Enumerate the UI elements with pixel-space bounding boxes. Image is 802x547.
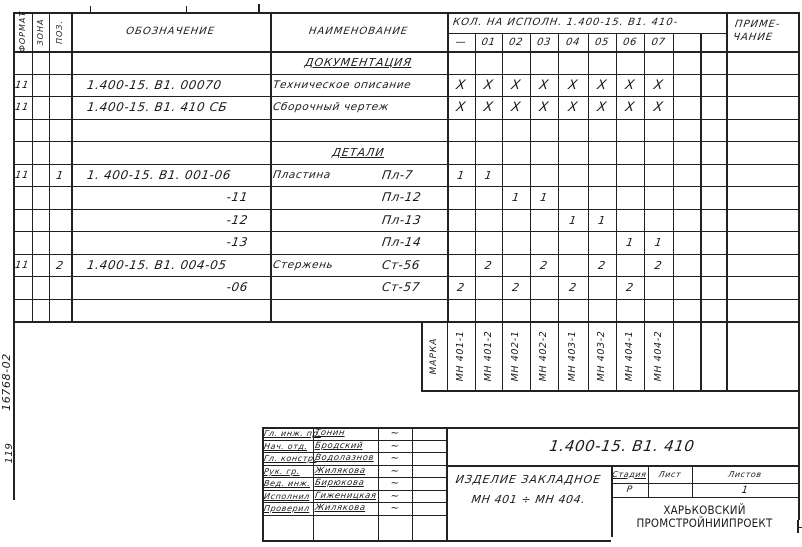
count-cell — [671, 231, 701, 254]
name-cell — [268, 209, 381, 232]
count-cell — [528, 141, 559, 164]
count-cell — [642, 119, 674, 142]
archive-sheet-number: 119 — [3, 441, 17, 465]
count-header: Кол. на исполн. 1.400-15. В1. 410- — [446, 12, 728, 33]
signature-name: Бирюкова — [312, 477, 379, 490]
designation-cell: -13 — [69, 231, 271, 254]
count-cell — [642, 186, 674, 209]
count-cell — [556, 51, 589, 74]
marka-bottom — [421, 390, 447, 392]
count-cell: 2 — [473, 254, 503, 277]
designation-header: Обозначение — [68, 12, 272, 51]
pos-cell: 2 — [47, 254, 72, 277]
signature-name: Бродский — [312, 440, 379, 453]
marka-label: Марка — [427, 326, 441, 386]
signature-mark: ~ — [377, 465, 413, 478]
mark-cell: Ст-56 — [376, 254, 448, 277]
name-header: Наименование — [267, 12, 449, 51]
sheet-value — [647, 483, 693, 497]
count-cell: 2 — [528, 254, 559, 277]
count-cell — [500, 254, 531, 277]
count-cell — [671, 209, 701, 232]
count-cell — [556, 186, 589, 209]
count-cell — [528, 209, 559, 232]
count-cell — [556, 231, 589, 254]
count-cell: X — [473, 74, 503, 97]
column-line — [644, 33, 645, 390]
column-line — [49, 12, 50, 321]
count-cell: X — [528, 74, 559, 97]
variant-header: 02 — [501, 33, 532, 51]
signature-role: Вед. инж. — [261, 477, 314, 490]
stage-label: Стадия — [610, 465, 650, 483]
signature-role: Исполнил — [261, 490, 314, 503]
variant-header: — — [446, 33, 477, 51]
marka-item: МН 401-1 — [454, 324, 468, 388]
count-cell — [698, 299, 727, 322]
column-line — [447, 12, 449, 321]
count-cell — [671, 299, 701, 322]
count-cell — [445, 119, 476, 142]
organization-name: ХАРЬКОВСКИЙПРОМСТРОЙНИИПРОЕКТ — [611, 504, 798, 530]
count-cell — [614, 51, 645, 74]
count-cell: X — [642, 74, 674, 97]
pos-cell — [47, 74, 72, 97]
section-heading: Документация — [268, 51, 448, 74]
mark-cell — [376, 96, 448, 119]
count-cell: X — [614, 96, 645, 119]
count-cell — [586, 119, 617, 142]
section-heading: Детали — [268, 141, 448, 164]
sheet-label: Лист — [647, 465, 694, 483]
marka-item: МН 403-1 — [566, 324, 580, 388]
count-cell — [445, 231, 476, 254]
count-cell — [500, 51, 531, 74]
count-cell — [614, 209, 645, 232]
count-cell — [473, 119, 503, 142]
count-cell — [586, 231, 617, 254]
count-cell — [445, 254, 476, 277]
designation-cell — [69, 51, 271, 74]
count-cell: X — [500, 96, 531, 119]
variant-header — [699, 33, 728, 51]
count-cell — [528, 231, 559, 254]
column-line — [588, 33, 589, 390]
count-cell — [500, 231, 531, 254]
variant-header — [672, 33, 702, 51]
count-cell: X — [445, 74, 476, 97]
variant-header: 04 — [557, 33, 590, 51]
marka-item: МН 403-2 — [595, 324, 609, 388]
variant-header: 05 — [587, 33, 618, 51]
count-cell — [698, 51, 727, 74]
name-cell — [268, 119, 381, 142]
title-line-2: МН 401 ÷ МН 404. — [445, 490, 613, 508]
count-cell — [614, 299, 645, 322]
mark-cell: Пл-14 — [376, 231, 448, 254]
count-cell — [556, 254, 589, 277]
count-cell: X — [556, 96, 589, 119]
count-cell — [671, 141, 701, 164]
signature-name: Жилякова — [312, 502, 379, 515]
mark-cell: Пл-7 — [376, 164, 448, 187]
mark-cell — [376, 119, 448, 142]
count-cell — [445, 141, 476, 164]
column-line — [616, 33, 617, 390]
count-cell: 2 — [642, 254, 674, 277]
name-cell — [268, 276, 381, 299]
count-cell: 1 — [586, 209, 617, 232]
count-cell — [671, 276, 701, 299]
count-cell — [473, 276, 503, 299]
signature-role: Проверил — [261, 502, 314, 515]
count-cell: X — [445, 96, 476, 119]
count-cell — [473, 186, 503, 209]
signature-name: Тонин — [312, 427, 379, 440]
zone-header: Зона — [34, 12, 48, 52]
organization-line-2: ПРОМСТРОЙНИИПРОЕКТ — [611, 517, 798, 530]
sheets-label: Листов — [691, 465, 800, 483]
designation-cell: 1.400-15. В1. 004-05 — [69, 254, 271, 277]
name-cell: Сборочный чертеж — [268, 96, 381, 119]
count-cell: X — [642, 96, 674, 119]
count-cell — [445, 209, 476, 232]
count-cell — [528, 164, 559, 187]
designation-cell: -12 — [69, 209, 271, 232]
signature-mark: ~ — [377, 452, 413, 465]
count-cell: 1 — [556, 209, 589, 232]
count-cell — [586, 141, 617, 164]
count-cell — [528, 51, 559, 74]
count-cell — [528, 299, 559, 322]
mark-cell — [376, 299, 448, 322]
count-cell — [473, 141, 503, 164]
signature-row-line — [262, 515, 446, 516]
count-cell — [586, 276, 617, 299]
count-cell: X — [614, 74, 645, 97]
count-cell — [556, 141, 589, 164]
count-cell — [445, 186, 476, 209]
count-cell — [671, 74, 701, 97]
column-line — [673, 33, 674, 390]
column-line — [726, 12, 728, 390]
count-cell — [671, 164, 701, 187]
count-cell — [642, 141, 674, 164]
count-cell — [698, 119, 727, 142]
name-cell — [268, 231, 381, 254]
marka-item: МН 402-2 — [537, 324, 551, 388]
count-cell — [528, 119, 559, 142]
count-cell — [614, 254, 645, 277]
count-cell — [698, 276, 727, 299]
count-cell — [500, 299, 531, 322]
count-cell — [642, 209, 674, 232]
count-cell: 2 — [586, 254, 617, 277]
frame-tick — [797, 527, 802, 528]
mark-cell: Пл-12 — [376, 186, 448, 209]
signature-role: Гл. констр. — [261, 452, 314, 465]
column-line — [71, 12, 73, 321]
marka-item: МН 402-1 — [509, 324, 523, 388]
count-cell — [614, 119, 645, 142]
count-cell: 1 — [445, 164, 476, 187]
column-line — [558, 33, 559, 390]
marka-item: МН 401-2 — [482, 324, 496, 388]
tick-mark — [258, 4, 260, 12]
count-cell: 1 — [473, 164, 503, 187]
count-cell — [698, 231, 727, 254]
designation-cell — [69, 299, 271, 322]
count-cell: 2 — [445, 276, 476, 299]
count-cell — [473, 209, 503, 232]
designation-cell: -06 — [69, 276, 271, 299]
count-cell: 1 — [528, 186, 559, 209]
sheets-value: 1 — [691, 483, 799, 497]
count-cell: 1 — [500, 186, 531, 209]
count-cell: 2 — [500, 276, 531, 299]
signature-mark: ~ — [377, 477, 413, 490]
name-cell: Стержень — [268, 254, 381, 277]
count-cell — [556, 299, 589, 322]
variant-header: 01 — [474, 33, 504, 51]
count-cell — [698, 96, 727, 119]
count-cell — [473, 51, 503, 74]
marka-left — [421, 321, 423, 390]
archive-number: 16768-02 — [0, 337, 14, 427]
count-cell — [500, 209, 531, 232]
format-header: Формат — [16, 12, 30, 52]
variant-header: 07 — [643, 33, 675, 51]
document-code: 1.400-15. В1. 410 — [443, 427, 800, 465]
count-cell — [642, 164, 674, 187]
title-block-bottom — [262, 540, 611, 542]
count-cell — [556, 119, 589, 142]
designation-cell: 1. 400-15. В1. 001-06 — [69, 164, 271, 187]
title-line-1: Изделие закладное — [445, 470, 613, 488]
count-cell: X — [556, 74, 589, 97]
stage-value: Р — [610, 483, 649, 497]
signature-mark: ~ — [377, 490, 413, 503]
designation-cell — [69, 141, 271, 164]
pos-cell — [47, 299, 72, 322]
variant-header: 03 — [529, 33, 560, 51]
count-cell — [698, 186, 727, 209]
count-cell: 1 — [614, 231, 645, 254]
signature-name: Водолазнов — [312, 452, 379, 465]
count-cell — [614, 186, 645, 209]
count-cell — [642, 51, 674, 74]
column-line — [530, 33, 531, 390]
count-cell: 2 — [556, 276, 589, 299]
count-cell: X — [528, 96, 559, 119]
count-cell — [671, 51, 701, 74]
signature-mark: ~ — [377, 427, 413, 440]
name-cell: Пластина — [268, 164, 381, 187]
note-header-line-2: чание — [732, 31, 779, 44]
count-cell — [698, 141, 727, 164]
count-cell: X — [586, 74, 617, 97]
column-line — [475, 33, 476, 390]
count-cell — [614, 164, 645, 187]
variant-header: 06 — [615, 33, 646, 51]
stage-divider — [611, 497, 798, 498]
designation-cell: 1.400-15. В1. 00070 — [69, 74, 271, 97]
designation-cell — [69, 119, 271, 142]
marka-bottom — [447, 390, 798, 392]
count-cell — [698, 74, 727, 97]
column-line — [270, 12, 272, 321]
pos-cell — [47, 209, 72, 232]
signature-role: Рук. гр. — [261, 465, 314, 478]
count-cell — [642, 299, 674, 322]
name-cell — [268, 186, 381, 209]
mark-cell — [376, 74, 448, 97]
signature-mark: ~ — [377, 502, 413, 515]
count-cell: X — [473, 96, 503, 119]
count-cell — [500, 164, 531, 187]
count-cell — [586, 186, 617, 209]
note-header: Приме-чание — [732, 18, 781, 44]
pos-cell: 1 — [47, 164, 72, 187]
count-cell — [473, 231, 503, 254]
count-cell — [500, 119, 531, 142]
count-cell — [671, 119, 701, 142]
designation-cell: -11 — [69, 186, 271, 209]
signature-name: Жилякова — [312, 465, 379, 478]
note-header-line-1: Приме- — [734, 18, 781, 31]
designation-cell: 1.400-15. В1. 410 СБ — [69, 96, 271, 119]
count-cell — [556, 164, 589, 187]
signature-name: Гиженицкая — [312, 490, 379, 503]
count-cell — [698, 164, 727, 187]
count-cell — [671, 96, 701, 119]
count-cell — [698, 209, 727, 232]
count-cell — [586, 299, 617, 322]
mark-cell: Ст-57 — [376, 276, 448, 299]
count-cell — [473, 299, 503, 322]
signature-role: Гл. инж. пр. — [261, 427, 314, 440]
column-line — [32, 12, 33, 321]
count-cell — [614, 141, 645, 164]
count-cell — [642, 276, 674, 299]
count-cell — [586, 51, 617, 74]
count-cell — [698, 254, 727, 277]
count-cell — [528, 276, 559, 299]
count-cell — [500, 141, 531, 164]
pos-header: Поз. — [53, 12, 67, 52]
column-line — [502, 33, 503, 390]
count-cell — [445, 299, 476, 322]
marka-line — [447, 321, 448, 390]
mark-cell: Пл-13 — [376, 209, 448, 232]
count-cell: 2 — [614, 276, 645, 299]
count-cell — [671, 254, 701, 277]
name-cell — [268, 299, 381, 322]
count-cell — [671, 186, 701, 209]
count-cell: X — [500, 74, 531, 97]
signature-mark: ~ — [377, 440, 413, 453]
count-cell: X — [586, 96, 617, 119]
signature-role: Нач. отд. — [261, 440, 314, 453]
count-cell — [586, 164, 617, 187]
marka-item: МН 404-1 — [623, 324, 637, 388]
pos-cell — [47, 119, 72, 142]
name-cell: Техническое описание — [268, 74, 381, 97]
marka-item: МН 404-2 — [652, 324, 666, 388]
count-cell — [445, 51, 476, 74]
count-cell: 1 — [642, 231, 674, 254]
column-line — [700, 33, 702, 390]
